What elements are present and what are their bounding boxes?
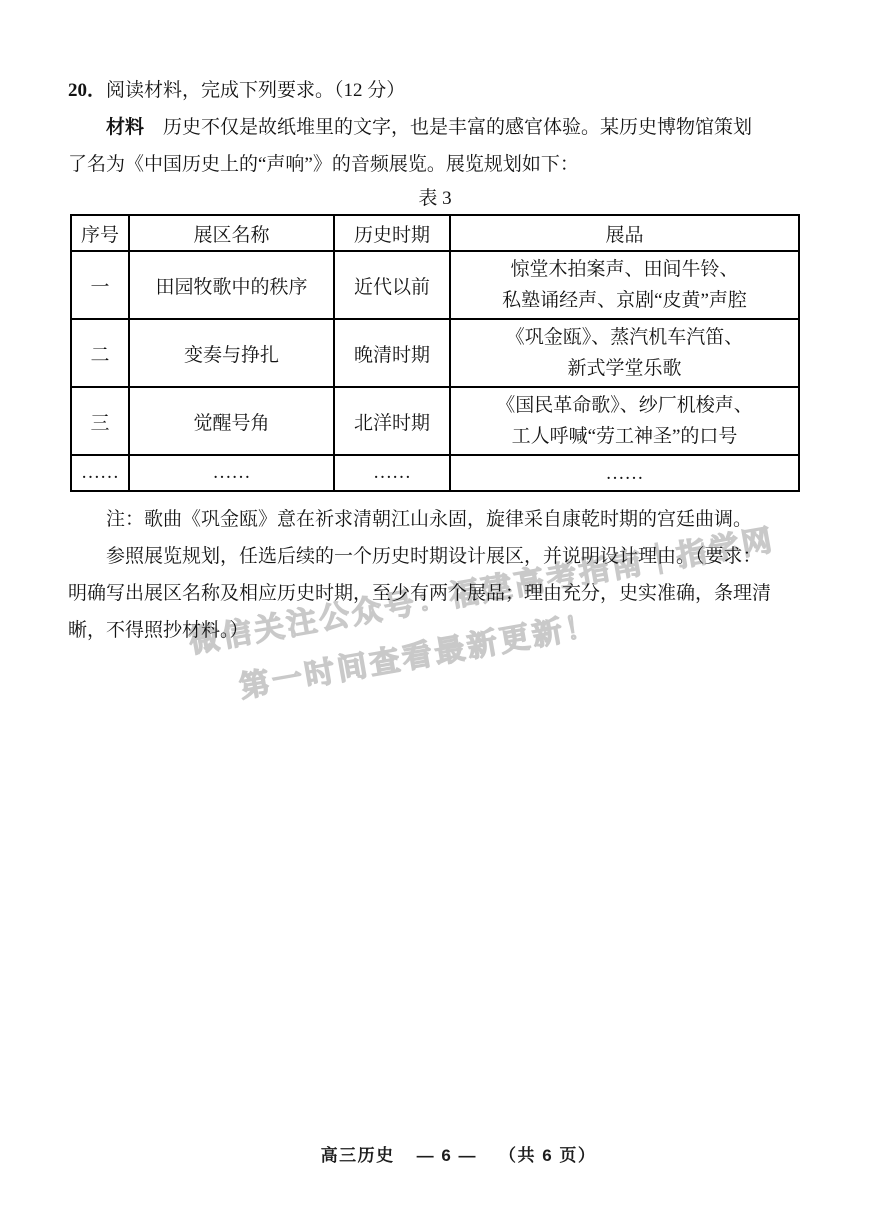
zone-name-cell: 田园牧歌中的秩序 bbox=[129, 251, 334, 319]
row-number-cell: 二 bbox=[71, 319, 129, 387]
period-cell: 北洋时期 bbox=[334, 387, 450, 455]
material-label: 材料 bbox=[106, 117, 144, 138]
zone-name-cell: …… bbox=[129, 455, 334, 491]
exhibit-line: 工人呼喊“劳工神圣”的口号 bbox=[453, 421, 796, 452]
footer-subject: 高三历史 bbox=[321, 1146, 395, 1165]
material-line-1: 材料历史不仅是故纸堆里的文字，也是丰富的感官体验。某历史博物馆策划 bbox=[68, 109, 802, 146]
note-line: 注：歌曲《巩金瓯》意在祈求清朝江山永固，旋律采自康乾时期的宫廷曲调。 bbox=[68, 501, 802, 538]
exhibits-cell: 惊堂木拍案声、田间牛铃、私塾诵经声、京剧“皮黄”声腔 bbox=[450, 251, 799, 319]
exhibits-cell: 《国民革命歌》、纱厂机梭声、工人呼喊“劳工神圣”的口号 bbox=[450, 387, 799, 455]
exhibit-line: 新式学堂乐歌 bbox=[453, 353, 796, 384]
task-line-1: 参照展览规划，任选后续的一个历史时期设计展区，并说明设计理由。（要求： bbox=[68, 538, 802, 575]
period-cell: 近代以前 bbox=[334, 251, 450, 319]
exhibit-line: 私塾诵经声、京剧“皮黄”声腔 bbox=[453, 285, 796, 316]
page-footer: 高三历史— 6 —（共 6 页） bbox=[0, 1141, 869, 1166]
task-line-2: 明确写出展区名称及相应历史时期，至少有两个展品；理由充分，史实准确，条理清 bbox=[68, 575, 802, 612]
zone-name-cell: 变奏与挣扎 bbox=[129, 319, 334, 387]
note-paragraph: 注：歌曲《巩金瓯》意在祈求清朝江山永固，旋律采自康乾时期的宫廷曲调。 bbox=[68, 501, 802, 538]
question-block: 20．阅读材料，完成下列要求。（12 分） 材料历史不仅是故纸堆里的文字，也是丰… bbox=[68, 72, 802, 649]
period-cell: …… bbox=[334, 455, 450, 491]
exhibit-line: …… bbox=[453, 458, 796, 489]
material-text: 历史不仅是故纸堆里的文字，也是丰富的感官体验。某历史博物馆策划 bbox=[163, 117, 752, 138]
table-row: 二变奏与挣扎晚清时期《巩金瓯》、蒸汽机车汽笛、新式学堂乐歌 bbox=[71, 319, 799, 387]
table-caption: 表 3 bbox=[68, 186, 802, 212]
zone-name-cell: 觉醒号角 bbox=[129, 387, 334, 455]
exhibit-line: 惊堂木拍案声、田间牛铃、 bbox=[453, 254, 796, 285]
task-paragraph: 参照展览规划，任选后续的一个历史时期设计展区，并说明设计理由。（要求： 明确写出… bbox=[68, 538, 802, 649]
material-line-2: 了名为《中国历史上的“声响”》的音频展览。展览规划如下： bbox=[68, 146, 802, 183]
exhibit-line: 《国民革命歌》、纱厂机梭声、 bbox=[453, 390, 796, 421]
exhibits-cell: 《巩金瓯》、蒸汽机车汽笛、新式学堂乐歌 bbox=[450, 319, 799, 387]
header-cell-exhibits: 展品 bbox=[450, 215, 799, 251]
table-row: 一田园牧歌中的秩序近代以前惊堂木拍案声、田间牛铃、私塾诵经声、京剧“皮黄”声腔 bbox=[71, 251, 799, 319]
row-number-cell: …… bbox=[71, 455, 129, 491]
table-row: 三觉醒号角北洋时期《国民革命歌》、纱厂机梭声、工人呼喊“劳工神圣”的口号 bbox=[71, 387, 799, 455]
table-body: 一田园牧歌中的秩序近代以前惊堂木拍案声、田间牛铃、私塾诵经声、京剧“皮黄”声腔二… bbox=[71, 251, 799, 491]
exhibit-line: 《巩金瓯》、蒸汽机车汽笛、 bbox=[453, 322, 796, 353]
period-cell: 晚清时期 bbox=[334, 319, 450, 387]
question-number: 20． bbox=[68, 80, 106, 101]
question-heading-text: 阅读材料，完成下列要求。 bbox=[106, 80, 334, 101]
footer-total-pages: （共 6 页） bbox=[499, 1146, 596, 1165]
question-score: （12 分） bbox=[334, 80, 405, 101]
row-number-cell: 三 bbox=[71, 387, 129, 455]
exhibition-table: 序号 展区名称 历史时期 展品 一田园牧歌中的秩序近代以前惊堂木拍案声、田间牛铃… bbox=[70, 214, 800, 492]
exam-page: { "question": { "number": "20．", "headin… bbox=[0, 0, 869, 1229]
row-number-cell: 一 bbox=[71, 251, 129, 319]
exhibits-cell: …… bbox=[450, 455, 799, 491]
question-heading: 20．阅读材料，完成下列要求。（12 分） bbox=[68, 72, 802, 109]
footer-page-number: — 6 — bbox=[417, 1146, 477, 1165]
table-header-row: 序号 展区名称 历史时期 展品 bbox=[71, 215, 799, 251]
header-cell-no: 序号 bbox=[71, 215, 129, 251]
header-cell-zone: 展区名称 bbox=[129, 215, 334, 251]
material-paragraph: 材料历史不仅是故纸堆里的文字，也是丰富的感官体验。某历史博物馆策划 了名为《中国… bbox=[68, 109, 802, 183]
header-cell-period: 历史时期 bbox=[334, 215, 450, 251]
table-row: …………………… bbox=[71, 455, 799, 491]
task-line-3: 晰，不得照抄材料。） bbox=[68, 612, 802, 649]
